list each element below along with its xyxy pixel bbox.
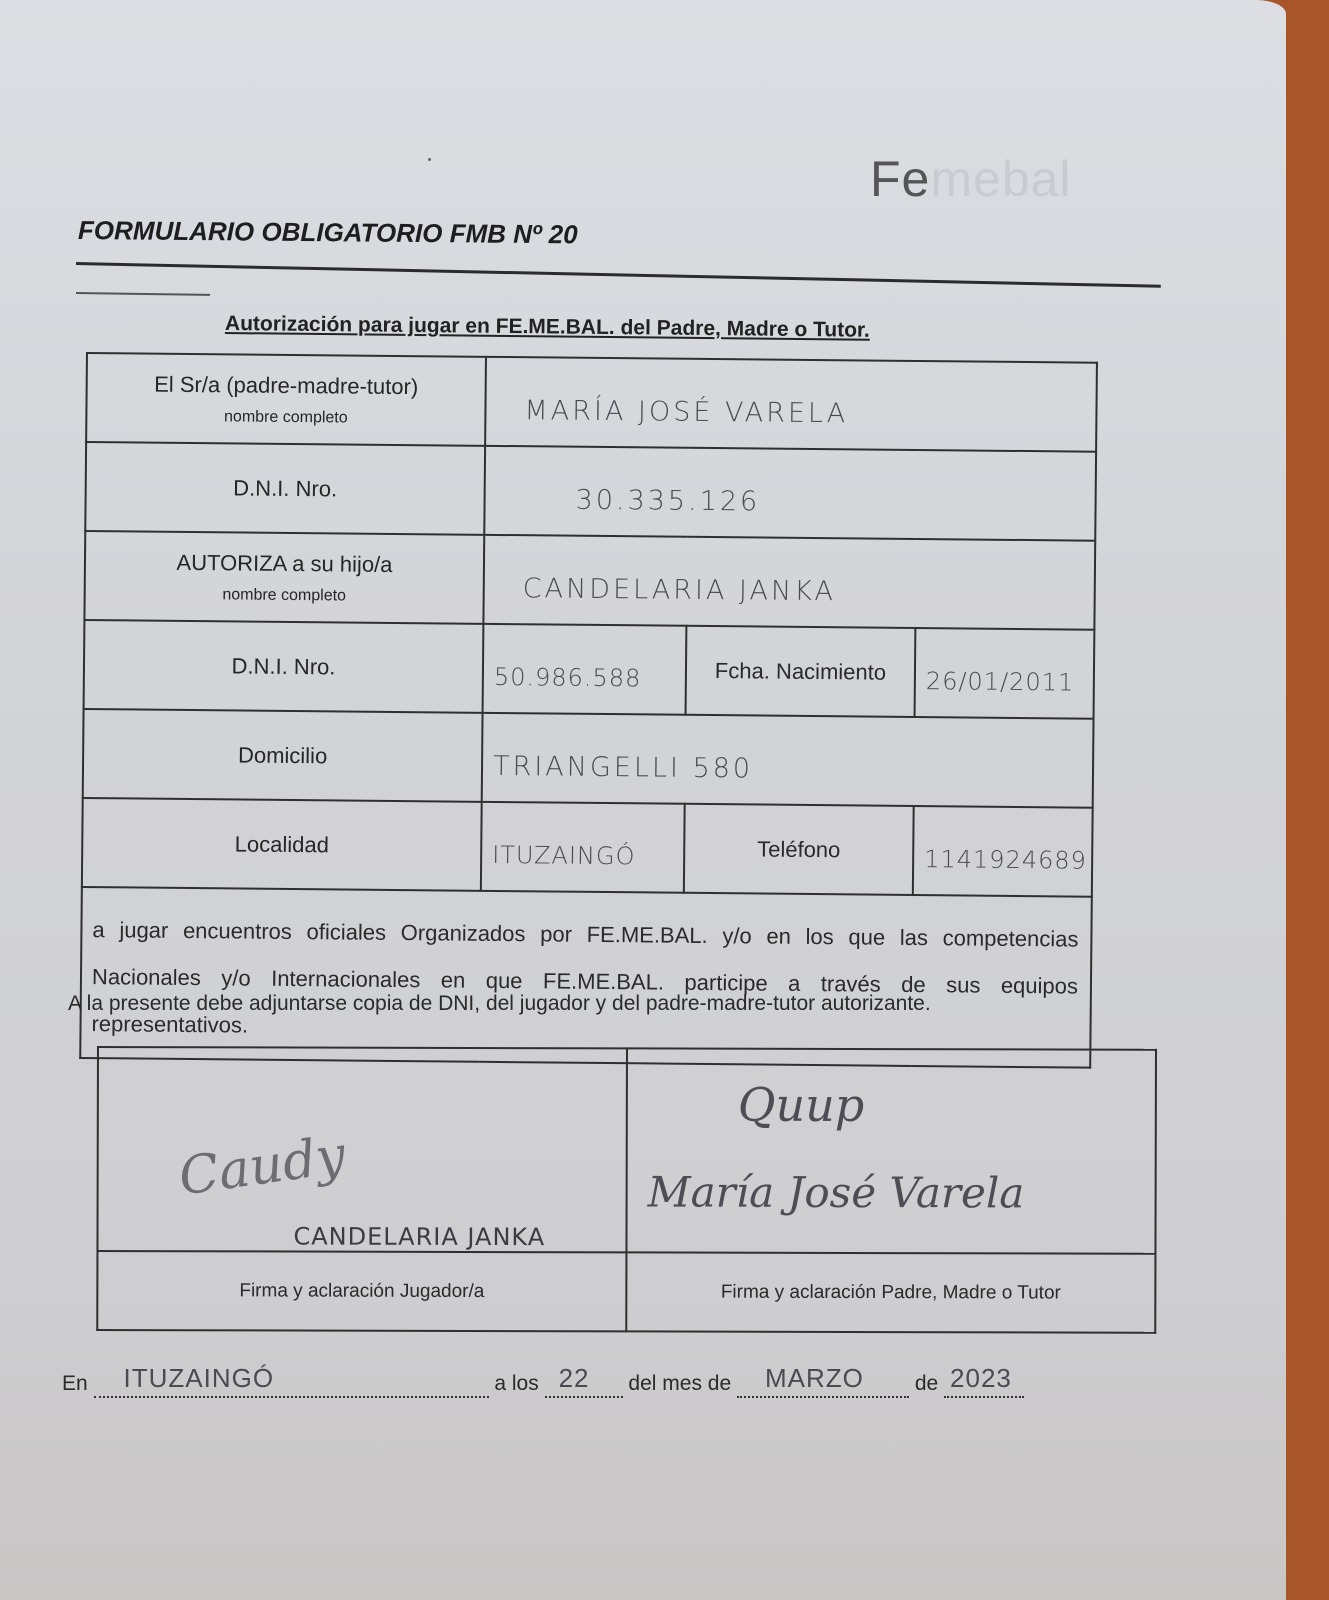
authorization-statement: a jugar encuentros oficiales Organizados… bbox=[80, 887, 1092, 1068]
signature-table: Caudy CANDELARIA JANKA Quup María José V… bbox=[96, 1046, 1157, 1334]
birthdate-label: Fcha. Nacimiento bbox=[686, 626, 916, 717]
place-date-line: En ITUZAINGÓ a los 22 del mes de MARZO d… bbox=[62, 1372, 1024, 1398]
guardian-dni-label: D.N.I. Nro. bbox=[85, 442, 485, 535]
guardian-name-field[interactable]: MARÍA JOSÉ VARELA bbox=[485, 357, 1097, 452]
guardian-signature-caption: Firma y aclaración Padre, Madre o Tutor bbox=[626, 1252, 1155, 1332]
player-signature-caption: Firma y aclaración Jugador/a bbox=[97, 1251, 626, 1331]
player-signature: Caudy bbox=[175, 1125, 349, 1207]
a-los-label: a los bbox=[494, 1372, 538, 1395]
child-name-field[interactable]: CANDELARIA JANKA bbox=[483, 535, 1095, 630]
child-dni-field[interactable]: 50.986.588 bbox=[483, 624, 687, 715]
paper-speck bbox=[428, 158, 431, 161]
guardian-dni-row: D.N.I. Nro. 30.335.126 bbox=[85, 442, 1096, 541]
divider-short bbox=[76, 292, 210, 296]
month-field[interactable]: MARZO bbox=[737, 1372, 909, 1398]
address-field[interactable]: TRIANGELLI 580 bbox=[482, 713, 1094, 808]
guardian-dni-field[interactable]: 30.335.126 bbox=[484, 446, 1096, 541]
document-page: Femebal FORMULARIO OBLIGATORIO FMB Nº 20… bbox=[0, 0, 1286, 1600]
divider bbox=[76, 262, 1161, 288]
locality-row: Localidad ITUZAINGÓ Teléfono 1141924689 bbox=[82, 798, 1093, 897]
attachment-note: A la presente debe adjuntarse copia de D… bbox=[68, 992, 931, 1016]
caption-row: Firma y aclaración Jugador/a Firma y acl… bbox=[97, 1251, 1155, 1333]
address-row: Domicilio TRIANGELLI 580 bbox=[83, 709, 1094, 808]
en-label: En bbox=[62, 1372, 88, 1395]
player-clarification: CANDELARIA JANKA bbox=[293, 1223, 545, 1252]
form-subtitle: Autorización para jugar en FE.ME.BAL. de… bbox=[225, 312, 870, 343]
locality-label: Localidad bbox=[82, 798, 482, 891]
birthdate-field[interactable]: 26/01/2011 bbox=[915, 628, 1095, 719]
guardian-signature-box[interactable]: Quup María José Varela bbox=[626, 1048, 1156, 1253]
address-label: Domicilio bbox=[83, 709, 483, 802]
guardian-name-label: El Sr/a (padre-madre-tutor) nombre compl… bbox=[86, 353, 486, 446]
de-label: de bbox=[915, 1372, 938, 1395]
statement-row: a jugar encuentros oficiales Organizados… bbox=[80, 887, 1092, 1068]
child-dni-row: D.N.I. Nro. 50.986.588 Fcha. Nacimiento … bbox=[84, 620, 1095, 719]
child-name-label: AUTORIZA a su hijo/a nombre completo bbox=[84, 531, 484, 624]
day-field[interactable]: 22 bbox=[545, 1372, 623, 1398]
signature-row: Caudy CANDELARIA JANKA Quup María José V… bbox=[97, 1047, 1156, 1254]
logo-fragment: Femebal bbox=[870, 150, 1072, 208]
mes-label: del mes de bbox=[628, 1372, 731, 1395]
child-dni-label: D.N.I. Nro. bbox=[84, 620, 484, 713]
phone-label: Teléfono bbox=[684, 804, 914, 895]
place-field[interactable]: ITUZAINGÓ bbox=[94, 1372, 489, 1398]
guardian-name-row: El Sr/a (padre-madre-tutor) nombre compl… bbox=[86, 353, 1097, 452]
form-title: FORMULARIO OBLIGATORIO FMB Nº 20 bbox=[78, 215, 578, 250]
guardian-signature: María José Varela bbox=[648, 1167, 1025, 1217]
guardian-signature-mark: Quup bbox=[738, 1078, 865, 1132]
locality-field[interactable]: ITUZAINGÓ bbox=[481, 802, 685, 893]
year-field[interactable]: 2023 bbox=[944, 1372, 1024, 1398]
child-name-row: AUTORIZA a su hijo/a nombre completo CAN… bbox=[84, 531, 1095, 630]
phone-field[interactable]: 1141924689 bbox=[913, 806, 1093, 897]
authorization-table: El Sr/a (padre-madre-tutor) nombre compl… bbox=[79, 352, 1098, 1069]
player-signature-box[interactable]: Caudy CANDELARIA JANKA bbox=[97, 1047, 627, 1252]
